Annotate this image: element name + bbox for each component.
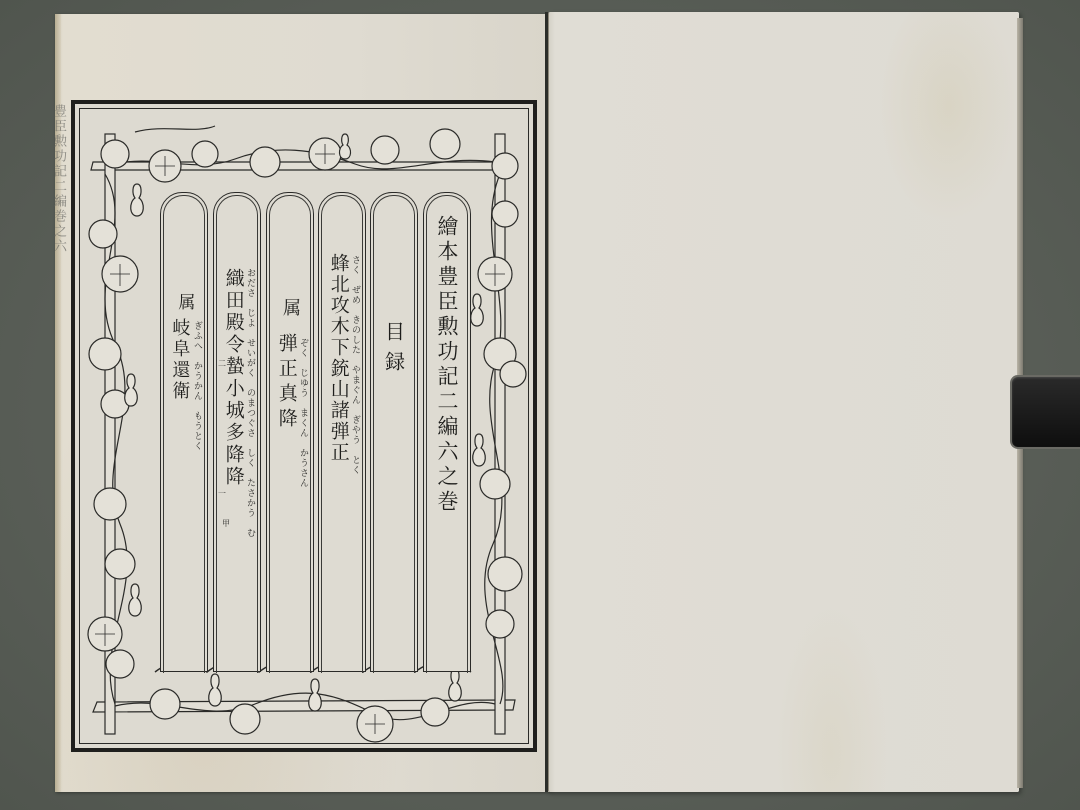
open-book: 豊臣勲功記二編巻之六: [0, 0, 1080, 810]
kaeriten-mark: 二: [218, 358, 226, 369]
kaeriten-mark: 一: [218, 488, 226, 499]
toc-entry-prefix: 属: [277, 298, 303, 316]
toc-entry-1: 蜂北攻木下銃山諸弾正 さく ぜめ きのした やまぐん ぎやう とく: [318, 192, 366, 672]
right-page-blank: [548, 12, 1019, 792]
black-clip: [1010, 375, 1080, 449]
toc-entry-4: 属 岐阜還衛 ぎふへ かうかん もうとく: [160, 192, 208, 672]
toc-entry-ruby: ぞく じゆう まくん かうさん: [297, 338, 310, 488]
toc-entry-prefix: 属: [172, 293, 197, 310]
heading-panel: 目録: [370, 192, 418, 672]
table-of-contents-panels: 繪本豊臣勲功記二編六之巻 目録 蜂北攻木下銃山諸弾正 さく ぜめ きのした やま…: [155, 192, 471, 672]
toc-entry-ruby: おださ じよ せいがく のまつぐさ しく たさかう む: [244, 268, 257, 538]
illustrated-frame: 繪本豊臣勲功記二編六之巻 目録 蜂北攻木下銃山諸弾正 さく ぜめ きのした やま…: [71, 100, 537, 752]
spine-title: 豊臣勲功記二編巻之六: [54, 104, 68, 254]
toc-entry-2: 属 弾正真降 ぞく じゆう まくん かうさん: [266, 192, 314, 672]
toc-entry-3: 織田殿令蟄小城多降降 おださ じよ せいがく のまつぐさ しく たさかう む 二…: [213, 192, 261, 672]
book-title: 繪本豊臣勲功記二編六之巻: [432, 215, 462, 515]
kaeriten-mark: 甲: [222, 518, 230, 529]
toc-entry-ruby: ぎふへ かうかん もうとく: [191, 321, 204, 451]
title-panel: 繪本豊臣勲功記二編六之巻: [423, 192, 471, 672]
contents-heading: 目録: [380, 321, 409, 381]
left-page: 豊臣勲功記二編巻之六: [55, 14, 551, 792]
toc-entry-ruby: さく ぜめ きのした やまぐん ぎやう とく: [349, 255, 362, 475]
toc-entry-text: 岐阜還衛: [166, 318, 192, 402]
